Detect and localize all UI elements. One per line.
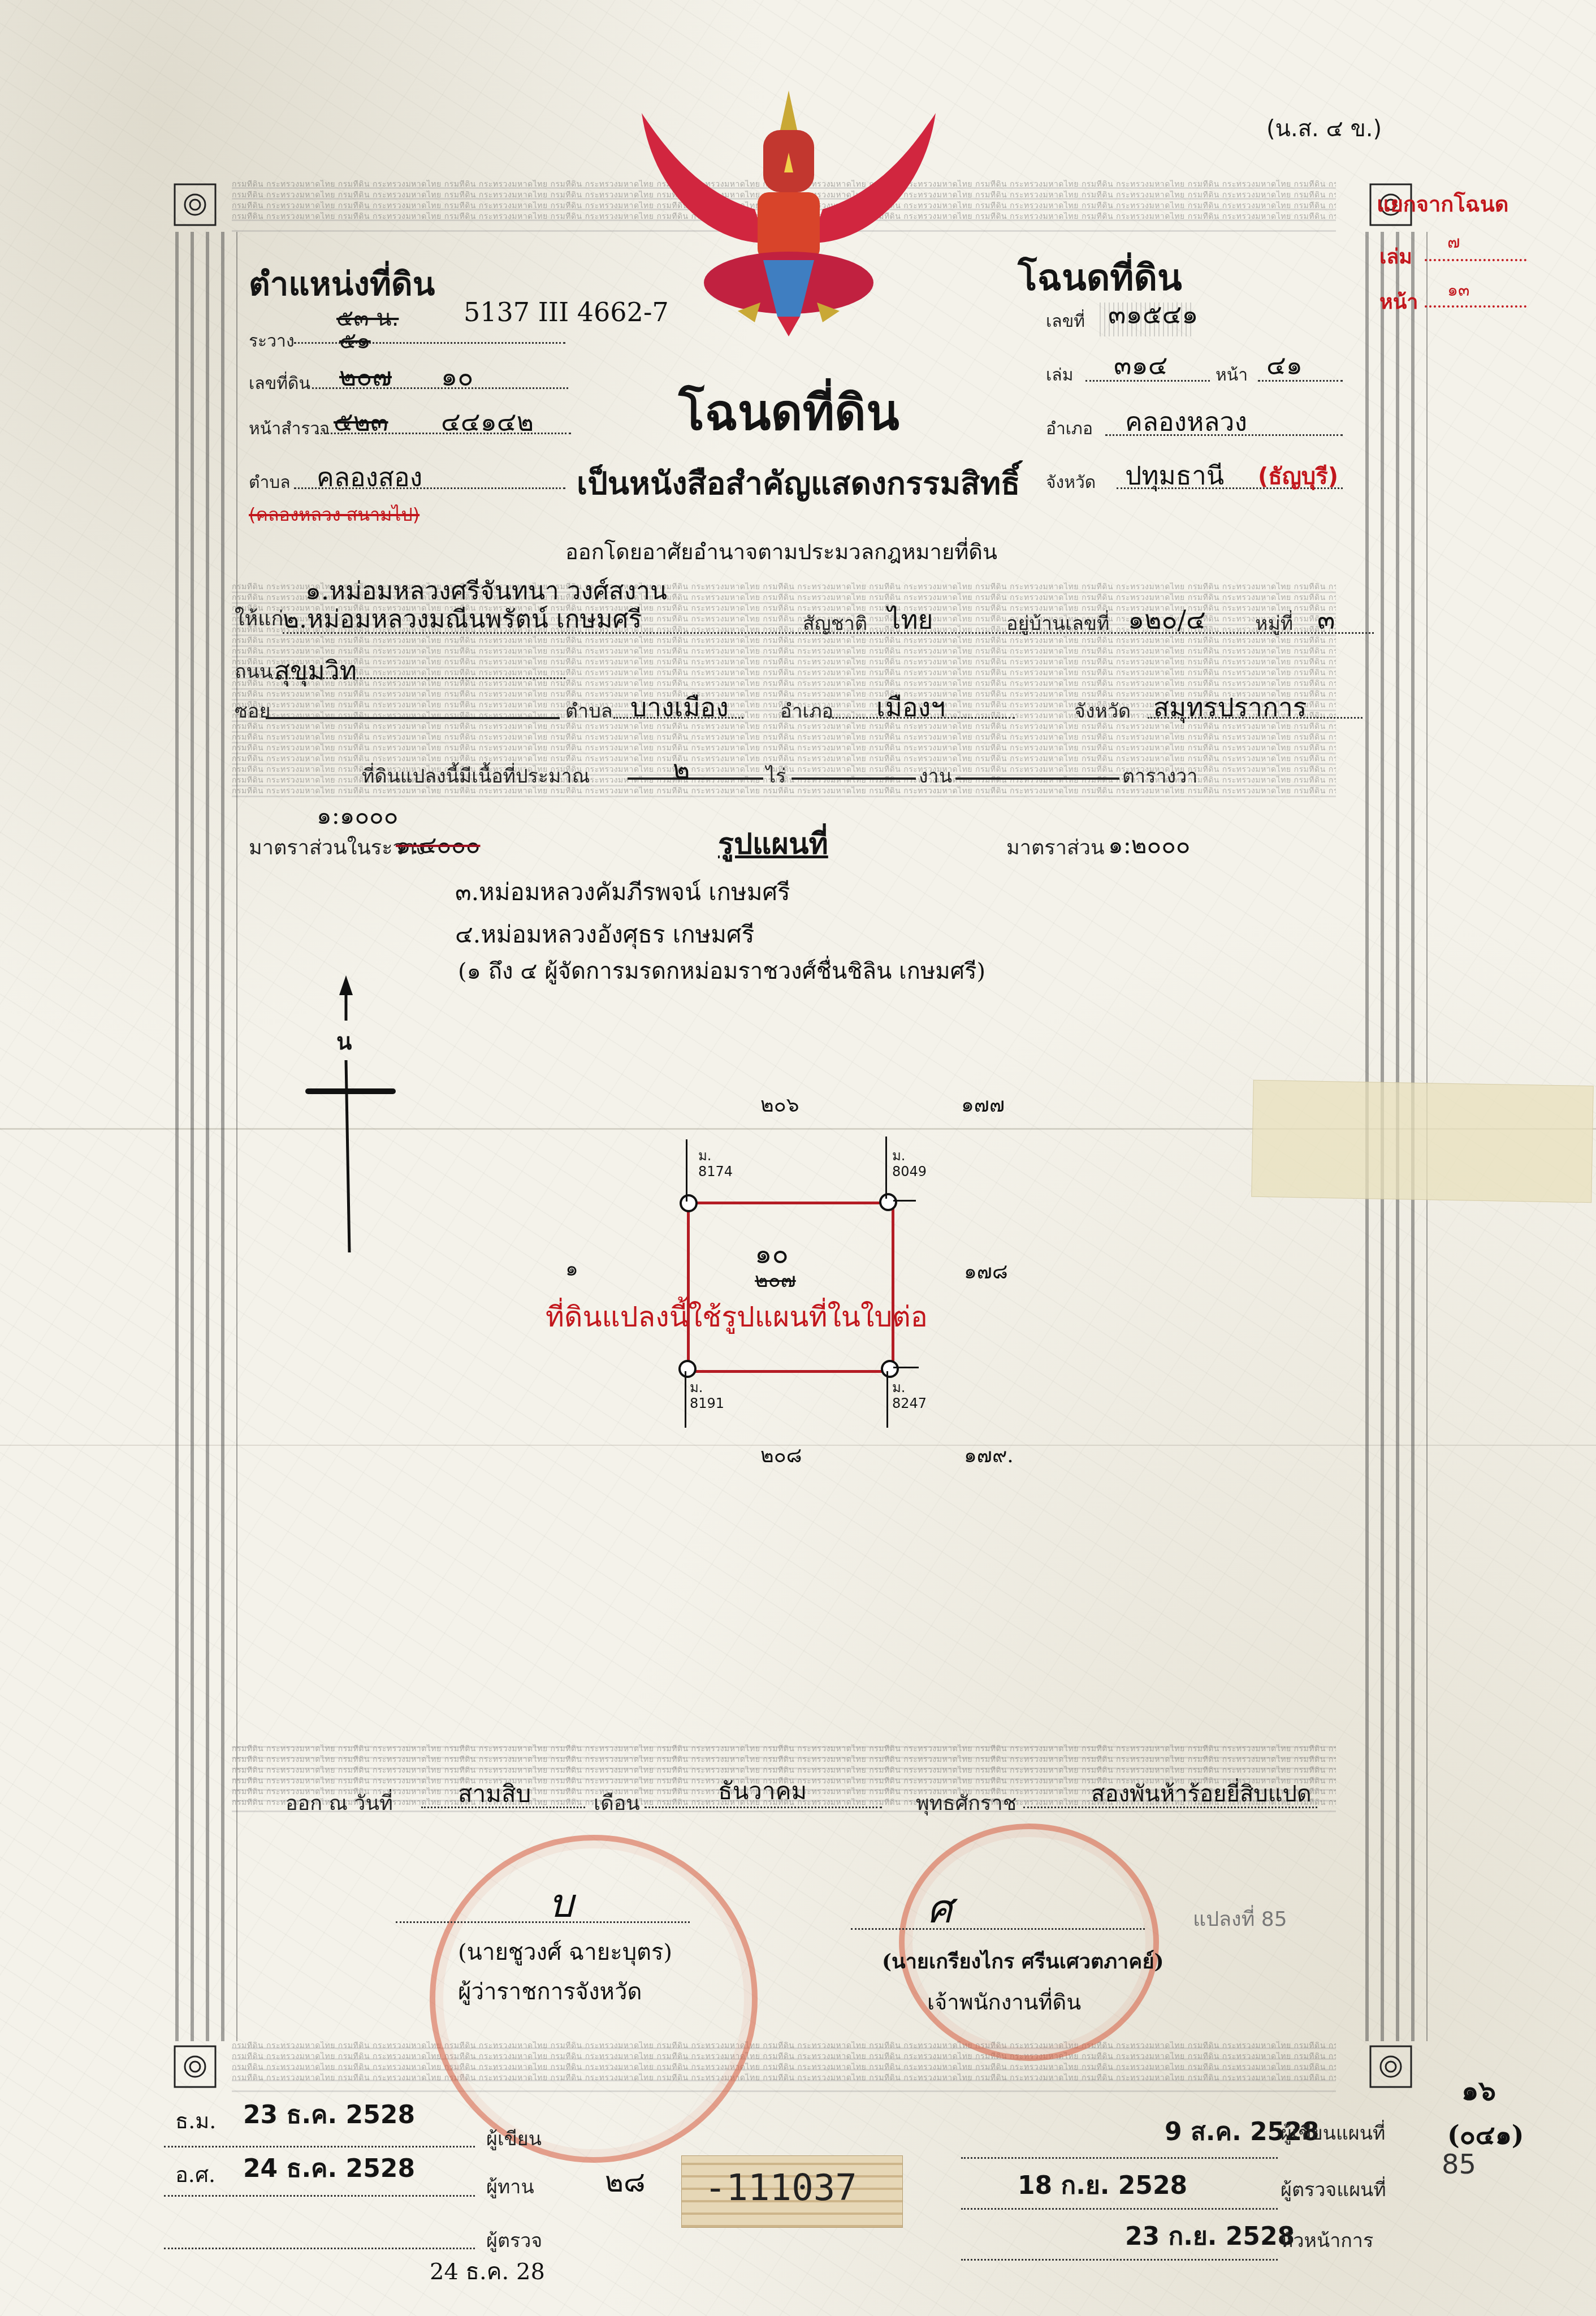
district-value: คลองหลวง: [1125, 401, 1247, 443]
year-label: พุทธศักราช: [916, 1787, 1017, 1819]
writer-initial: ธ.ม.: [175, 2103, 216, 2138]
rai-label: ไร่: [766, 761, 786, 791]
serial-number: -111037: [704, 2167, 857, 2209]
road-label: ถนน: [235, 656, 273, 686]
separated-from-deed-stamp: แยกจากโฉนด: [1377, 187, 1508, 221]
tambon-value: บางเมือง: [630, 687, 729, 728]
nationality-value: ไทย: [888, 599, 933, 641]
writer-date: 23 ธ.ค. 2528: [243, 2095, 415, 2134]
additional-owner-3: ๓.หม่อมหลวงคัมภีรพจน์ เกษมศรี: [455, 874, 790, 911]
deed-number-label: เลขที่: [1046, 308, 1085, 335]
marker-label-8174: ม.8174: [698, 1148, 733, 1179]
survey-page-struck: ๕๒๓: [334, 401, 388, 443]
issue-day-value: สามสิบ: [458, 1775, 531, 1813]
map-title: รูปแผนที่: [718, 820, 828, 867]
stamp-page-value: ๑๓: [1447, 277, 1470, 304]
soi-value-line: [266, 717, 560, 719]
province-owner-value: สมุทรปราการ: [1153, 687, 1307, 728]
governor-signature: บ: [548, 1872, 573, 1934]
map-writer-role: ผู้เขียนแผนที่: [1281, 2118, 1385, 2148]
north-label: น: [336, 1023, 352, 1060]
signatory-2-name: (นายเกรียงไกร ศรีนเศวตภาคย์): [882, 1945, 1164, 1977]
rai-value: ๒: [673, 749, 690, 790]
form-code: (น.ส. ๔ ข.): [1266, 110, 1382, 146]
handwritten-check-date: 24 ธ.ค. 28: [430, 2253, 545, 2289]
ngan-label: งาน: [919, 761, 952, 791]
security-text-row: กรมที่ดิน กระทรวงมหาดไทย กรมที่ดิน กระทร…: [232, 744, 1336, 753]
land-officer-signature: ศ: [927, 1877, 952, 1940]
boundary-marker-8174: [680, 1194, 698, 1212]
neighbor-west: ๑: [565, 1252, 578, 1285]
month-label: เดือน: [594, 1787, 640, 1819]
corner-ornament-icon: [172, 182, 218, 227]
signatory-2-title: เจ้าพนักงานที่ดิน: [927, 1985, 1081, 2019]
security-text-row: กรมที่ดิน กระทรวงมหาดไทย กรมที่ดิน กระทร…: [232, 2041, 1336, 2051]
main-title: โฉนดที่ดิน: [678, 373, 899, 451]
stamp-page-label: หน้า: [1379, 286, 1418, 318]
neighbor-east: ๑๗๘: [964, 1255, 1008, 1287]
tambon-label: ตำบล: [565, 695, 613, 726]
red-map-note: ที่ดินแปลงนี้ใช้รูปแผนที่ในใบต่อ: [546, 1295, 928, 1340]
survey-page-value: ๔๔๑๔๒: [441, 401, 534, 443]
neighbor-south-left: ๒๐๘: [760, 1439, 802, 1471]
stamp-volume-value: ๗: [1447, 229, 1460, 256]
chief-date: 23 ก.ย. 2528: [1125, 2216, 1295, 2256]
margin-note-1: ๑๖: [1461, 2069, 1496, 2112]
neighbor-north-right: ๑๗๗: [961, 1088, 1005, 1121]
nationality-label: สัญชาติ: [803, 608, 867, 638]
serial-number-box: -111037: [681, 2155, 903, 2228]
boundary-marker-8191: [678, 1360, 697, 1378]
subdistrict-label: ตำบล: [249, 469, 291, 496]
north-arrow-icon: [300, 970, 401, 1275]
map-sheet-struck-2: ๕๑: [339, 322, 371, 358]
province-owner-label: จังหวัด: [1074, 695, 1131, 726]
amphoe-value: เมืองฯ: [876, 687, 945, 728]
boundary-marker-8247: [881, 1360, 899, 1378]
security-text-row: กรมที่ดิน กระทรวงมหาดไทย กรมที่ดิน กระทร…: [232, 658, 1336, 667]
security-text-row: กรมที่ดิน กระทรวงมหาดไทย กรมที่ดิน กระทร…: [232, 2073, 1336, 2083]
sheet-scale-struck: ๑:๔๐๐๐: [396, 827, 481, 864]
parcel-no-value: ๑๐: [441, 356, 473, 397]
parcel-number-struck: ๒๐๗: [755, 1264, 796, 1296]
serial-prefix: ๒๘: [605, 2160, 646, 2205]
reviewer-initial: อ.ศ.: [175, 2157, 215, 2192]
page-value: ๔๑: [1266, 345, 1303, 386]
granted-to-label: ให้แก่: [235, 602, 283, 634]
reviewer-date: 24 ธ.ค. 2528: [243, 2149, 415, 2188]
writer-role: ผู้เขียน: [486, 2123, 542, 2154]
map-checker-role: ผู้ตรวจแผนที่: [1281, 2174, 1386, 2205]
owner-2: ๒.หม่อมหลวงมณีนพรัตน์ เกษมศรี: [283, 599, 642, 639]
issue-month-value: ธันวาคม: [718, 1773, 807, 1810]
official-seal-stamp: [899, 1824, 1159, 2061]
security-text-row: กรมที่ดิน กระทรวงมหาดไทย กรมที่ดิน กระทร…: [232, 733, 1336, 742]
house-no-label: อยู่บ้านเลขที่: [1006, 608, 1109, 638]
security-text-row: กรมที่ดิน กระทรวงมหาดไทย กรมที่ดิน กระทร…: [232, 2063, 1336, 2072]
checker-role: ผู้ตรวจ: [486, 2225, 542, 2255]
security-text-row: กรมที่ดิน กระทรวงมหาดไทย กรมที่ดิน กระทร…: [232, 668, 1336, 678]
garuda-emblem-icon: [619, 79, 958, 339]
neighbor-south-right: ๑๗๙.: [964, 1439, 1014, 1471]
neighbor-north-left: ๒๐๖: [760, 1088, 799, 1121]
chief-role: หัวหน้าการ: [1281, 2225, 1373, 2255]
road-value: สุขุมวิท: [274, 650, 357, 692]
security-text-row: กรมที่ดิน กระทรวงมหาดไทย กรมที่ดิน กระทร…: [232, 2052, 1336, 2062]
margin-note-3: 85: [1442, 2149, 1476, 2180]
province-old-red: (ธัญบุรี): [1258, 458, 1338, 494]
estate-manager-note: (๑ ถึง ๔ ผู้จัดการมรดกหม่อมราชวงศ์ชื่นชิ…: [458, 953, 985, 989]
book-label: เล่ม: [1046, 362, 1073, 388]
corner-ornament-icon: [172, 2044, 218, 2089]
marker-label-8049: ม.8049: [892, 1148, 927, 1179]
parcel-no-struck: ๒๐๗: [339, 356, 392, 397]
signatory-1-title: ผู้ว่าราชการจังหวัด: [458, 1973, 642, 2010]
security-text-row: กรมที่ดิน กระทรวงมหาดไทย กรมที่ดิน กระทร…: [232, 1755, 1336, 1765]
marker-label-8191: ม.8191: [690, 1380, 724, 1411]
security-text-row: กรมที่ดิน กระทรวงมหาดไทย กรมที่ดิน กระทร…: [232, 1744, 1336, 1754]
reviewer-role: ผู้ทาน: [486, 2171, 534, 2202]
additional-owner-4: ๔.หม่อมหลวงอังศุธร เกษมศรี: [455, 916, 754, 953]
stamp-volume-label: เล่ม: [1379, 240, 1412, 273]
district-label: อำเภอ: [1046, 416, 1093, 442]
page-label: หน้า: [1216, 362, 1248, 388]
map-sheet-value: 5137 III 4662-7: [464, 297, 669, 327]
sheet-scale-value: ๑:๑๐๐๐: [317, 797, 398, 835]
soi-label: ซอย: [235, 695, 270, 726]
scale-label: มาตราส่วน: [1006, 831, 1105, 863]
deed-number-value: ๓๑๕๔๑: [1108, 294, 1198, 335]
scale-value: ๑:๒๐๐๐: [1108, 827, 1190, 864]
security-text-row: กรมที่ดิน กระทรวงมหาดไทย กรมที่ดิน กระทร…: [232, 647, 1336, 656]
moo-label: หมู่ที่: [1255, 608, 1293, 638]
area-label: ที่ดินแปลงนี้มีเนื้อที่ประมาณ: [362, 761, 590, 791]
marker-label-8247: ม.8247: [892, 1380, 927, 1411]
corner-ornament-icon: [1368, 2044, 1413, 2089]
amphoe-label: อำเภอ: [780, 695, 833, 726]
issued-on-label: ออก ณ วันที่: [286, 1787, 393, 1819]
boundary-marker-8049: [879, 1193, 897, 1211]
security-column-left: [175, 232, 237, 2041]
adhesive-tape: [1251, 1080, 1594, 1203]
issued-under: ออกโดยอาศัยอำนาจตามประมวลกฎหมายที่ดิน: [565, 534, 997, 569]
survey-page-label: หน้าสำรวจ: [249, 416, 330, 442]
signatory-1-name: (นายชูวงศ์ ฉายะบุตร): [458, 1934, 672, 1970]
map-checker-date: 18 ก.ย. 2528: [1018, 2166, 1187, 2205]
subdistrict-value: คลองสอง: [317, 457, 422, 498]
moo-value: ๓: [1317, 599, 1335, 641]
province-value: ปทุมธานี: [1125, 455, 1224, 496]
parcel-no-label: เลขที่ดิน: [249, 370, 310, 397]
issue-year-value: สองพันห้าร้อยยี่สิบแปด: [1091, 1775, 1312, 1812]
subtitle: เป็นหนังสือสำคัญแสดงกรรมสิทธิ์: [577, 458, 1020, 508]
security-band-bottom: กรมที่ดิน กระทรวงมหาดไทย กรมที่ดิน กระทร…: [232, 2041, 1336, 2092]
book-value: ๓๑๔: [1114, 345, 1167, 386]
province-label: จังหวัด: [1046, 469, 1096, 496]
sqwa-label: ตารางวา: [1122, 761, 1197, 791]
pencil-parcel-note: แปลงที่ 85: [1193, 1903, 1287, 1935]
subdistrict-struck-red: (คลองหลวง สนามไป): [249, 500, 419, 529]
map-sheet-label: ระวาง: [249, 328, 295, 355]
house-no-value: ๑๒๐/๔: [1128, 599, 1206, 641]
